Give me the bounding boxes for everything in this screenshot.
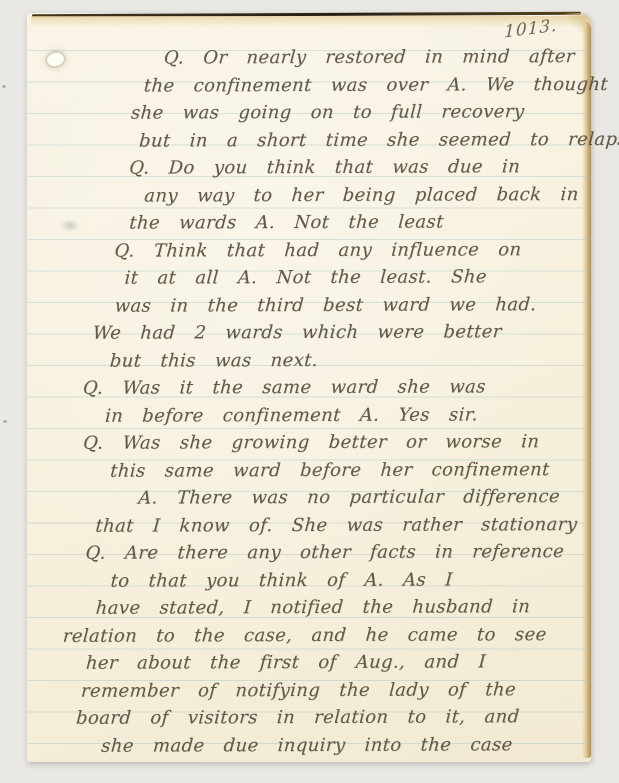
manuscript-line: her about the first of Aug., and I [27,648,585,677]
manuscript-line: relation to the case, and he came to see [27,621,585,650]
manuscript-line: the wards A. Not the least [25,208,583,237]
manuscript-line: A. There was no particular difference [26,483,584,512]
manuscript-line: she made due inquiry into the case [27,731,585,760]
manuscript-line: have stated, I notified the husband in [27,593,585,622]
manuscript-lines: Q. Or nearly restored in mind afterthe c… [26,43,584,760]
manuscript-line: the confinement was over A. We thought [25,71,583,100]
page-top-edge-highlight [31,16,585,28]
manuscript-line: We had 2 wards which were better [26,318,584,347]
manuscript-line: Q. Or nearly restored in mind after [25,43,583,72]
manuscript-line: Q. Are there any other facts in referenc… [27,538,585,567]
manuscript-line: Q. Was it the same ward she was [26,373,584,402]
manuscript-line: that I know of. She was rather stationar… [27,511,585,540]
manuscript-line: Q. Was she growing better or worse in [26,428,584,457]
manuscript-line: this same ward before her confinement [26,456,584,485]
manuscript-line: remember of notifying the lady of the [27,676,585,705]
manuscript-line: board of visitors in relation to it, and [27,703,585,732]
manuscript-line: she was going on to full recovery [25,98,583,127]
manuscript-page: 1013. Q. Or nearly restored in mind afte… [27,13,591,762]
scan-background: { "manuscript": { "page_number": "1013."… [0,0,619,783]
dust-speck [2,85,6,88]
manuscript-line: to that you think of A. As I [27,566,585,595]
manuscript-line: but in a short time she seemed to relaps… [25,126,583,155]
manuscript-line: Q. Do you think that was due in [25,153,583,182]
manuscript-line: in before confinement A. Yes sir. [26,401,584,430]
dust-speck [3,420,7,423]
manuscript-line: was in the third best ward we had. [26,291,584,320]
manuscript-line: but this was next. [26,346,584,375]
manuscript-line: it at all A. Not the least. She [26,263,584,292]
manuscript-line: Q. Think that had any influence on [26,236,584,265]
manuscript-line: any way to her being placed back in [25,181,583,210]
